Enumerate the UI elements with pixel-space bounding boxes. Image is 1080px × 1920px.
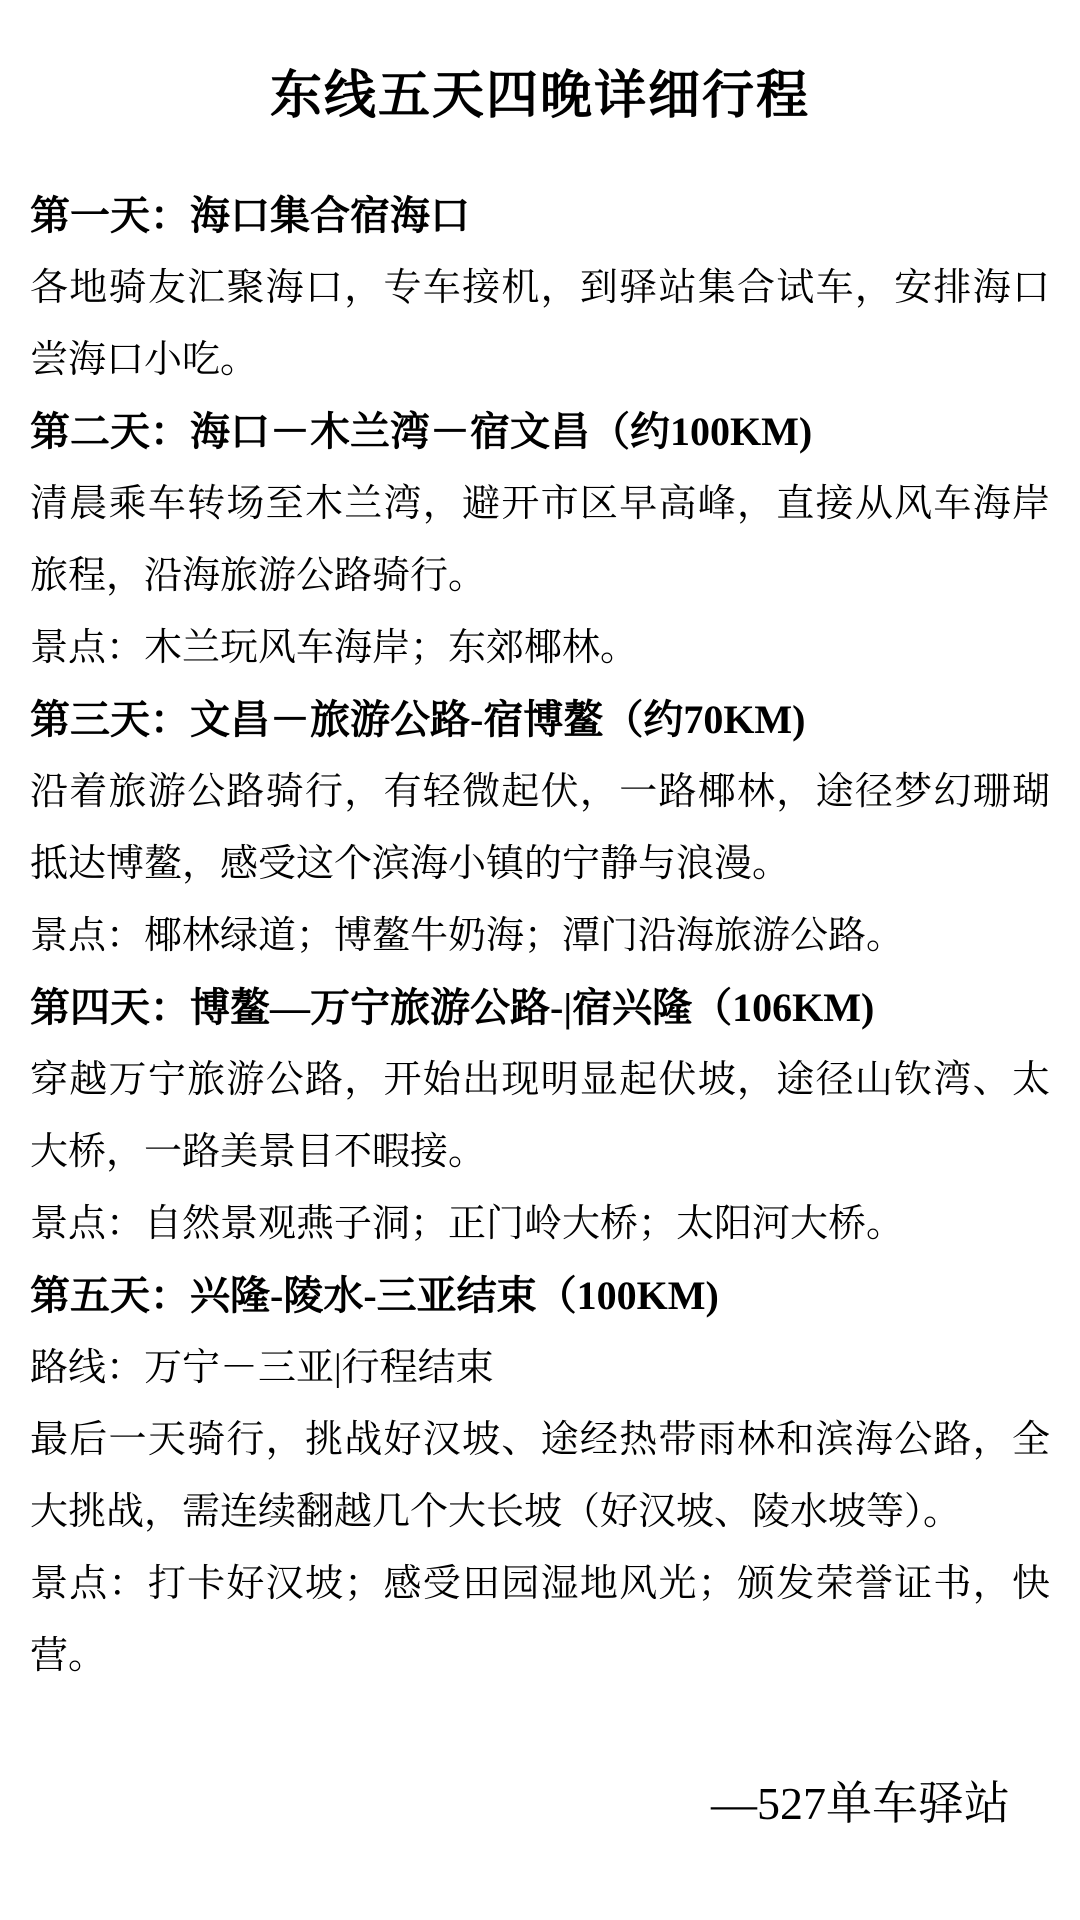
day5-sights: 营。 xyxy=(30,1620,1050,1692)
day4-description: 大桥，一路美景目不暇接。 xyxy=(30,1116,1050,1188)
day4-sights: 景点：自然景观燕子洞；正门岭大桥；太阳河大桥。 xyxy=(30,1188,1050,1260)
day3-sights: 景点：椰林绿道；博鳌牛奶海；潭门沿海旅游公路。 xyxy=(30,900,1050,972)
day5-sights: 景点：打卡好汉坡；感受田园湿地风光；颁发荣誉证书，快乐结 xyxy=(30,1548,1050,1620)
day2-description: 旅程，沿海旅游公路骑行。 xyxy=(30,540,1050,612)
footer-signature: —527单车驿站 xyxy=(711,1768,1010,1840)
day2-header: 第二天：海口－木兰湾－宿文昌（约100KM) xyxy=(30,396,1050,468)
itinerary-content: 第一天：海口集合宿海口 各地骑友汇聚海口，专车接机，到驿站集合试车，安排海口住宿… xyxy=(30,180,1050,1692)
day5-header: 第五天：兴隆-陵水-三亚结束（100KM) xyxy=(30,1260,1050,1332)
day1-description: 各地骑友汇聚海口，专车接机，到驿站集合试车，安排海口住宿， xyxy=(30,252,1050,324)
day4-header: 第四天：博鳌—万宁旅游公路-|宿兴隆（106KM) xyxy=(30,972,1050,1044)
day2-description: 清晨乘车转场至木兰湾，避开市区早高峰，直接从风车海岸开启 xyxy=(30,468,1050,540)
day5-route: 路线：万宁－三亚|行程结束 xyxy=(30,1332,1050,1404)
day2-sights: 景点：木兰玩风车海岸；东郊椰林。 xyxy=(30,612,1050,684)
day3-description: 沿着旅游公路骑行，有轻微起伏，一路椰林，途径梦幻珊瑚海岸， xyxy=(30,756,1050,828)
day5-description: 大挑战，需连续翻越几个大长坡（好汉坡、陵水坡等）。 xyxy=(30,1476,1050,1548)
itinerary-document: 东线五天四晚详细行程 第一天：海口集合宿海口 各地骑友汇聚海口，专车接机，到驿站… xyxy=(0,0,1080,1920)
day3-header: 第三天：文昌－旅游公路-宿博鳌（约70KM) xyxy=(30,684,1050,756)
day3-description: 抵达博鳌，感受这个滨海小镇的宁静与浪漫。 xyxy=(30,828,1050,900)
document-title: 东线五天四晚详细行程 xyxy=(0,60,1080,134)
day4-description: 穿越万宁旅游公路，开始出现明显起伏坡，途径山钦湾、太阳河 xyxy=(30,1044,1050,1116)
day1-description: 尝海口小吃。 xyxy=(30,324,1050,396)
day5-description: 最后一天骑行，挑战好汉坡、途经热带雨林和滨海公路，全程最 xyxy=(30,1404,1050,1476)
day1-header: 第一天：海口集合宿海口 xyxy=(30,180,1050,252)
